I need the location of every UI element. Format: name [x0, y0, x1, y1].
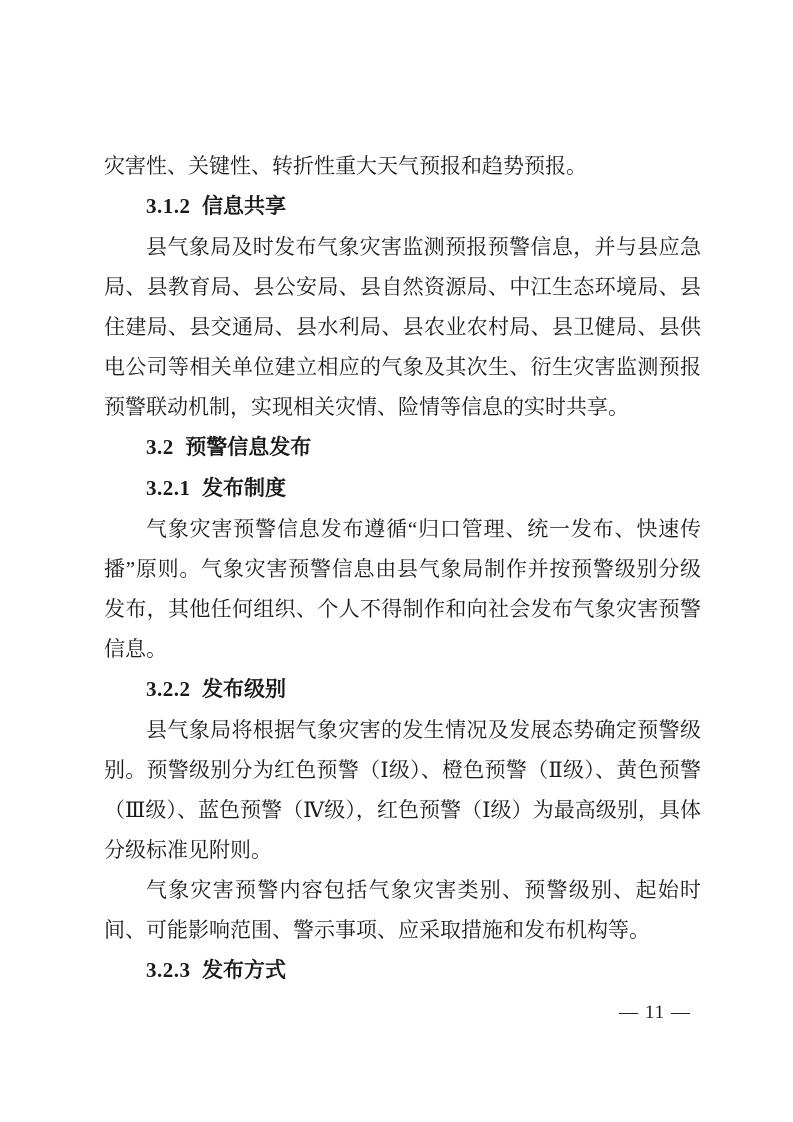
heading-title: 发布制度: [202, 477, 286, 500]
heading-number: 3.2.3: [146, 958, 191, 982]
paragraph-warning-levels: 县气象局将根据气象灾害的发生情况及发展态势确定预警级别。预警级别分为红色预警（Ⅰ…: [104, 710, 701, 870]
section-heading-3-1-2: 3.1.2信息共享: [104, 186, 701, 227]
paragraph-continuation: 灾害性、关键性、转折性重大天气预报和趋势预报。: [104, 146, 701, 186]
document-page: 灾害性、关键性、转折性重大天气预报和趋势预报。 3.1.2信息共享 县气象局及时…: [0, 0, 793, 1122]
paragraph-warning-content: 气象灾害预警内容包括气象灾害类别、预警级别、起始时间、可能影响范围、警示事项、应…: [104, 870, 701, 950]
heading-number: 3.2.2: [146, 677, 191, 701]
document-content: 灾害性、关键性、转折性重大天气预报和趋势预报。 3.1.2信息共享 县气象局及时…: [104, 146, 701, 991]
heading-title: 发布方式: [202, 959, 286, 982]
page-number: — 11 —: [615, 999, 695, 1027]
heading-title: 预警信息发布: [185, 436, 311, 459]
section-heading-3-2-3: 3.2.3发布方式: [104, 950, 701, 991]
paragraph-info-sharing: 县气象局及时发布气象灾害监测预报预警信息，并与县应急局、县教育局、县公安局、县自…: [104, 227, 701, 427]
paragraph-release-system: 气象灾害预警信息发布遵循“归口管理、统一发布、快速传播”原则。气象灾害预警信息由…: [104, 509, 701, 669]
section-heading-3-2: 3.2预警信息发布: [104, 427, 701, 468]
heading-title: 发布级别: [202, 678, 286, 701]
heading-number: 3.2: [146, 435, 174, 459]
section-heading-3-2-2: 3.2.2发布级别: [104, 669, 701, 710]
heading-number: 3.2.1: [146, 476, 191, 500]
section-heading-3-2-1: 3.2.1发布制度: [104, 468, 701, 509]
heading-number: 3.1.2: [146, 194, 191, 218]
heading-title: 信息共享: [202, 195, 286, 218]
